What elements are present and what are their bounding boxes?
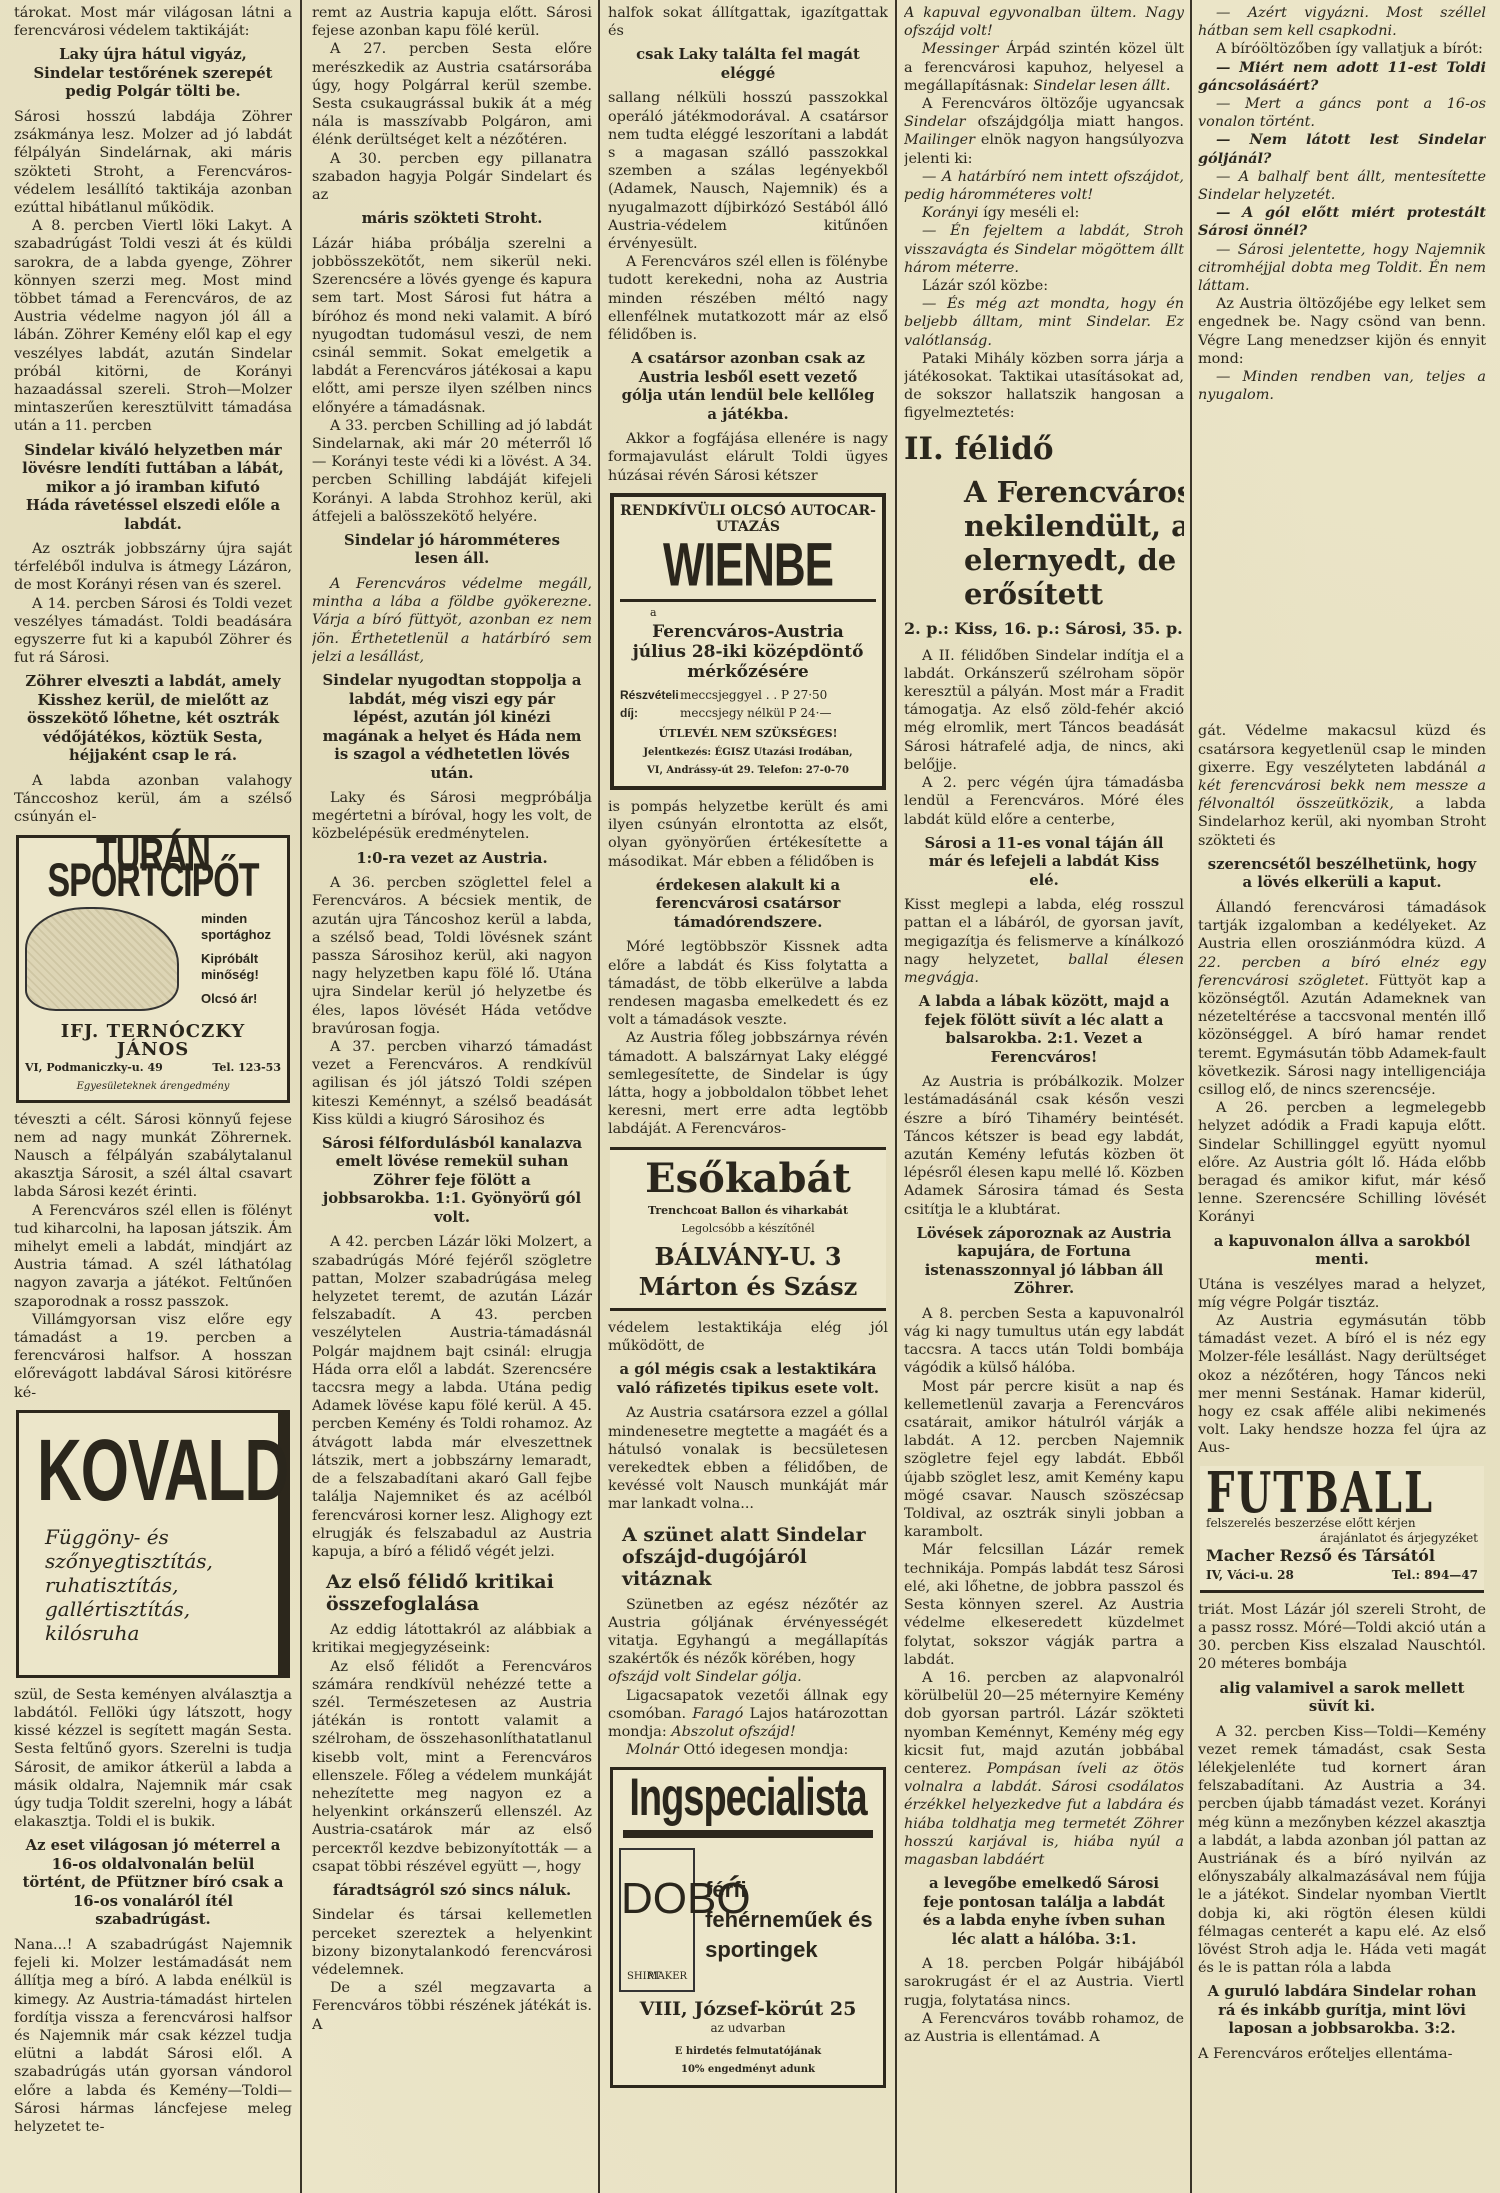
highlight: 1:0-ra vezet az Austria.: [320, 850, 584, 869]
ad-address: VI, Andrássy-út 29. Telefon: 27-0-70: [620, 762, 876, 780]
ad-text: a: [650, 604, 876, 622]
paragraph: Laky és Sárosi megpróbálja megértetni a …: [312, 789, 592, 844]
ad-text: július 28-iki középdöntő mérkőzésére: [620, 642, 876, 682]
ad-wienbe-autocar: RENDKÍVÜLI OLCSÓ AUTOCAR-UTAZÁS WIENBE a…: [610, 493, 886, 790]
column-2: remt az Austria kapuja előtt. Sárosi fej…: [312, 4, 592, 2193]
paragraph: A II. félidőben Sindelar indítja el a la…: [904, 647, 1184, 774]
quote: — Nem látott lest Sindelar góljánál?: [1198, 131, 1486, 167]
paragraph: A 26. percben a legmelegebb helyzet adód…: [1198, 1099, 1486, 1226]
quote: — A gól előtt miért protestált Sárosi ön…: [1198, 204, 1486, 240]
paragraph: Az Austria főleg jobbszárnya révén támad…: [608, 1029, 888, 1138]
paragraph: A Ferencváros szél ellen is fölénybe tud…: [608, 253, 888, 344]
paragraph: Utána is veszélyes marad a helyzet, míg …: [1198, 1276, 1486, 1312]
highlight: A csatársor azonban csak az Austria lesb…: [616, 350, 880, 424]
highlight: Lövések záporoznak az Austria kapujára, …: [912, 1225, 1176, 1299]
ad-text: Kipróbált minőség!: [201, 951, 281, 983]
paragraph: Sárosi hosszú labdája Zöhrer zsákmánya l…: [14, 108, 292, 217]
ad-title: FUTBALL: [1206, 1463, 1434, 1525]
ad-text: Legolcsóbb a készítőnél: [616, 1220, 880, 1238]
paragraph: Nana...! A szabadrúgást Najemnik fejeli …: [14, 1936, 292, 2136]
paragraph: Az Austria öltözőjébe egy lelket sem eng…: [1198, 295, 1486, 368]
paragraph: A Ferencváros erőteljes ellentáma-: [1198, 2045, 1486, 2063]
paragraph: Az első félidőt a Ferencváros számára re…: [312, 1658, 592, 1876]
name: Korányi: [922, 205, 979, 221]
ad-text: Olcsó ár!: [201, 991, 281, 1007]
paragraph: A 14. percben Sárosi és Toldi vezet vesz…: [14, 595, 292, 668]
ad-text: Jelentkezés: ÉGISZ Utazási Irodában,: [620, 744, 876, 762]
ad-firm: Márton és Szász: [616, 1272, 880, 1302]
quote: — Minden rendben van, teljes a nyugalom.: [1198, 368, 1486, 404]
paragraph: triát. Most Lázár jól szereli Stroht, de…: [1198, 1601, 1486, 1674]
highlight: Zöhrer elveszti a labdát, amely Kisshez …: [22, 673, 284, 766]
ad-text: E hirdetés felmutatójának: [619, 2043, 877, 2061]
ad-address: VI, Podmaniczky-u. 49: [25, 1059, 163, 1077]
paragraph: szül, de Sesta keményen alválasztja a la…: [14, 1686, 292, 1832]
paragraph: A bíróöltözőben így vallatjuk a bírót:: [1198, 40, 1486, 58]
paragraph: Az osztrák jobbszárny újra saját térfelé…: [14, 540, 292, 595]
text: A Ferencváros öltözője ugyancsak: [922, 96, 1184, 112]
column-3: halfok sokat állítgattak, igazítgattak é…: [608, 4, 888, 2193]
ad-price: meccsjeggyel . . P 27·50: [680, 686, 831, 704]
ad-text: 10% engedményt adunk: [619, 2061, 877, 2079]
logo-text: DOBÓ: [621, 1890, 693, 1908]
subheading: A szünet alatt Sindelar ofszájd-dugójáró…: [622, 1524, 888, 1590]
paragraph: A 8. percben Sesta a kapuvonalról vág ki…: [904, 1305, 1184, 1378]
name: Molnár: [626, 1742, 679, 1758]
highlight: a levegőbe emelkedő Sárosi feje pontosan…: [912, 1875, 1176, 1949]
name: Mailinger: [904, 132, 975, 148]
ad-esokabat: Esőkabát Trenchcoat Ballon és viharkabát…: [610, 1147, 886, 1311]
paragraph: A 27. percben Sesta előre merészkedik az…: [312, 40, 592, 149]
quote: Abszolut ofszájd!: [671, 1724, 795, 1740]
paragraph: halfok sokat állítgattak, igazítgattak é…: [608, 4, 888, 40]
paragraph: Lázár hiába próbálja szerelni a jobbössz…: [312, 235, 592, 417]
ad-title: WIENBE: [663, 531, 833, 601]
highlight: Laky újra hátul vigyáz, Sindelar testőré…: [22, 46, 284, 102]
text: gát. Védelme makacsul küzd és csatársora…: [1198, 723, 1486, 775]
subheading: Az első félidő kritikai összefoglalása: [326, 1571, 592, 1615]
ad-text: az udvarban: [619, 2019, 877, 2037]
goal-scorers: 2. p.: Kiss, 16. p.: Sárosi, 35. p.: Sin…: [904, 619, 1184, 639]
ad-firm: IFJ. TERNÓCZKY JÁNOS: [25, 1023, 281, 1059]
ad-text: minden sportághoz: [201, 911, 281, 943]
paragraph: Az eddig látottakról az alábbiak a kriti…: [312, 1621, 592, 1657]
ad-futball-macher: FUTBALL felszerelés beszerzése előtt kér…: [1200, 1466, 1484, 1593]
ad-title: TURÁN SPORTCIPŐT: [25, 842, 281, 893]
ad-text: Függöny- és: [45, 1525, 272, 1549]
paragraph: remt az Austria kapuja előtt. Sárosi fej…: [312, 4, 592, 40]
paragraph: Sindelar és társai kellemetlen perceket …: [312, 1906, 592, 1979]
paragraph: A Ferencváros tovább rohamoz, de az Aust…: [904, 2010, 1184, 2046]
ad-title: Ingspecialista: [629, 1768, 866, 1830]
ad-text: gallértisztítás,: [45, 1597, 272, 1621]
paragraph: De a szél megzavarta a Ferencváros többi…: [312, 1979, 592, 2034]
paragraph: sallang nélküli hosszú passzokkal operál…: [608, 89, 888, 253]
quote: — Én fejeltem a labdát, Stroh visszavágt…: [904, 222, 1184, 277]
ad-phone: Tel. 123-53: [212, 1059, 281, 1077]
paragraph: A 42. percben Lázár löki Molzert, a szab…: [312, 1233, 592, 1561]
text: Állandó ferencvárosi támadások tartják i…: [1198, 900, 1486, 952]
highlight: érdekesen alakult ki a ferencvárosi csat…: [616, 877, 880, 933]
ad-text: Ferencváros-Austria: [620, 622, 876, 642]
paragraph: A 18. percben Polgár hibájából sarokrugá…: [904, 1955, 1184, 2010]
quote: — Mert a gáncs pont a 16-os vonalon tört…: [1198, 95, 1486, 131]
newspaper-page: tárokat. Most már világosan látni a fere…: [0, 0, 1500, 2193]
ad-text: szőnyegtisztítás,: [45, 1549, 272, 1573]
highlight: A labda a lábak között, majd a fejek föl…: [912, 993, 1176, 1067]
text: Füttyöt kap a közönségtől. Azután Adamek…: [1198, 973, 1486, 1098]
paragraph: Pataki Mihály közben sorra járja a játék…: [904, 350, 1184, 423]
headline: A Ferencváros nagyon nekilendült, aztán …: [964, 475, 1184, 611]
paragraph: A 36. percben szöglettel felel a Ferencv…: [312, 874, 592, 1038]
column-rule: [1190, 0, 1192, 2193]
name: Sindelar: [904, 114, 966, 130]
ad-firm: Macher Rezső és Társától: [1206, 1546, 1478, 1566]
paragraph: Az Austria csatársora ezzel a góllal min…: [608, 1404, 888, 1513]
shoe-illustration-icon: [25, 907, 179, 1011]
quote: — Sárosi jelentette, hogy Najemnik citro…: [1198, 241, 1486, 296]
text: Ottó idegesen mondja:: [683, 1742, 848, 1758]
column-rule: [300, 0, 302, 2193]
paragraph: A 2. perc végén újra támadásba lendül a …: [904, 774, 1184, 829]
logo-text: MAKER: [647, 1968, 687, 1986]
paragraph: A 37. percben viharzó támadást vezet a F…: [312, 1038, 592, 1129]
ad-phone: Tel.: 894—47: [1392, 1566, 1478, 1584]
quote: — Miért nem adott 11-est Toldi gáncsolás…: [1198, 59, 1486, 95]
highlight: máris szökteti Stroht.: [320, 210, 584, 229]
paragraph: tárokat. Most már világosan látni a fere…: [14, 4, 292, 40]
highlight: Sindelar jó háromméteres lesen áll.: [320, 532, 584, 569]
ad-turan-sportcipo: TURÁN SPORTCIPŐT minden sportághoz Kipró…: [16, 835, 290, 1103]
column-4: A kapuval egyvonalban ültem. Nagy ofszáj…: [904, 4, 1184, 2193]
paragraph: Akkor a fogfájása ellenére is nagy forma…: [608, 430, 888, 485]
paragraph: Most pár percre kisüt a nap és kellemetl…: [904, 1378, 1184, 1542]
paragraph: A Ferencváros védelme megáll, mintha a l…: [312, 575, 592, 666]
highlight: a kapuvonalon állva a sarokból menti.: [1206, 1233, 1478, 1270]
paragraph: téveszti a célt. Sárosi könnyű fejese ne…: [14, 1111, 292, 1202]
shirt-logo-icon: DOBÓ SHIRT MAKER: [619, 1848, 695, 1992]
ad-text: árajánlatot és árjegyzéket: [1206, 1531, 1478, 1546]
ad-text: Trenchcoat Ballon és viharkabát: [616, 1202, 880, 1220]
name: Faragó: [692, 1706, 743, 1722]
ad-title: Esőkabát: [616, 1156, 880, 1202]
ad-price: meccsjegy nélkül P 24·—: [680, 704, 831, 722]
ad-title: KOVALD: [37, 1423, 288, 1521]
paragraph: ofszájd volt Sindelar gólja.: [608, 1668, 888, 1686]
column-1: tárokat. Most már világosan látni a fere…: [14, 4, 292, 2193]
ad-kovald: KOVALD Függöny- és szőnyegtisztítás, ruh…: [16, 1410, 290, 1678]
quote: — És még azt mondta, hogy én beljebb áll…: [904, 295, 1184, 350]
quote: Sindelar lesen állt.: [1033, 78, 1170, 94]
highlight: Az eset világosan jó méterrel a 16-os ol…: [22, 1837, 284, 1930]
ad-text: ÚTLEVÉL NEM SZÜKSÉGES!: [620, 725, 876, 743]
paragraph: A 33. percben Schilling ad jó labdát Sin…: [312, 417, 592, 526]
column-rule: [895, 0, 897, 2193]
paragraph: Az Austria is próbálkozik. Molzer lestám…: [904, 1073, 1184, 1219]
ad-label: Részvételi díj:: [620, 686, 680, 722]
ad-text: ruhatisztítás,: [45, 1573, 272, 1597]
paragraph: Villámgyorsan visz előre egy támadást a …: [14, 1311, 292, 1402]
highlight: csak Laky találta fel magát eléggé: [616, 46, 880, 83]
paragraph: A labda azonban valahogy Tánccoshoz kerü…: [14, 772, 292, 827]
highlight: Sárosi a 11-es vonal táján áll már és le…: [912, 835, 1176, 891]
quote: — Azért vigyázni. Most széllel hátban se…: [1198, 4, 1486, 40]
highlight: A guruló labdára Sindelar rohan rá és in…: [1206, 1983, 1478, 2039]
ad-footer: Egyesületeknek árengedmény: [25, 1078, 281, 1096]
name: Messinger: [922, 41, 999, 57]
ad-address: BÁLVÁNY-U. 3: [616, 1242, 880, 1272]
column-rule: [598, 0, 600, 2193]
highlight: Sindelar kiváló helyzetben már lövésre l…: [22, 442, 284, 535]
highlight: a gól mégis csak a lestaktikára való ráf…: [616, 1361, 880, 1398]
highlight: Sárosi félfordulásból kanalazva emelt lö…: [320, 1135, 584, 1228]
highlight: szerencsétől beszélhetünk, hogy a lövés …: [1206, 856, 1478, 893]
paragraph: A 32. percben Kiss—Toldi—Kemény vezet re…: [1198, 1723, 1486, 1978]
paragraph: A 30. percben egy pillanatra szabadon ha…: [312, 150, 592, 205]
ad-address: VIII, József-körút 25: [619, 2000, 877, 2018]
quote: — A határbíró nem intett ofszájdot, pedi…: [904, 168, 1184, 204]
paragraph: A 8. percben Viertl löki Lakyt. A szabad…: [14, 217, 292, 435]
text: ofszájdgólja miatt hangos.: [978, 114, 1184, 130]
quote: — A balhalf bent állt, mentesítette Sind…: [1198, 168, 1486, 204]
column-5: — Azért vigyázni. Most széllel hátban se…: [1198, 4, 1486, 2193]
ad-text: kilósruha: [45, 1621, 272, 1645]
highlight: alig valamivel a sarok mellett süvít ki.: [1206, 1680, 1478, 1717]
paragraph: A kapuval egyvonalban ültem. Nagy ofszáj…: [904, 4, 1184, 40]
paragraph: is pompás helyzetbe került és ami ilyen …: [608, 798, 888, 871]
paragraph: Szünetben az egész nézőtér az Austria gó…: [608, 1596, 888, 1669]
ad-dobo-ingspecialista: Ingspecialista DOBÓ SHIRT MAKER férfi fe…: [610, 1767, 886, 2088]
highlight: Sindelar nyugodtan stoppolja a labdát, m…: [320, 672, 584, 783]
ad-address: IV, Váci-u. 28: [1206, 1566, 1294, 1584]
paragraph: Az Austria egymásután több támadást veze…: [1198, 1312, 1486, 1458]
paragraph: Lázár szól közbe:: [904, 277, 1184, 295]
section-heading: II. félidő: [904, 431, 1184, 467]
paragraph: A Ferencváros szél ellen is fölényt tud …: [14, 1202, 292, 1311]
highlight: fáradtságról szó sincs náluk.: [320, 1882, 584, 1901]
paragraph: Már felcsillan Lázár remek technikája. P…: [904, 1541, 1184, 1668]
text: így meséli el:: [983, 205, 1079, 221]
paragraph: védelem lestaktikája elég jól működött, …: [608, 1319, 888, 1355]
paragraph: Móré legtöbbször Kissnek adta előre a la…: [608, 938, 888, 1029]
